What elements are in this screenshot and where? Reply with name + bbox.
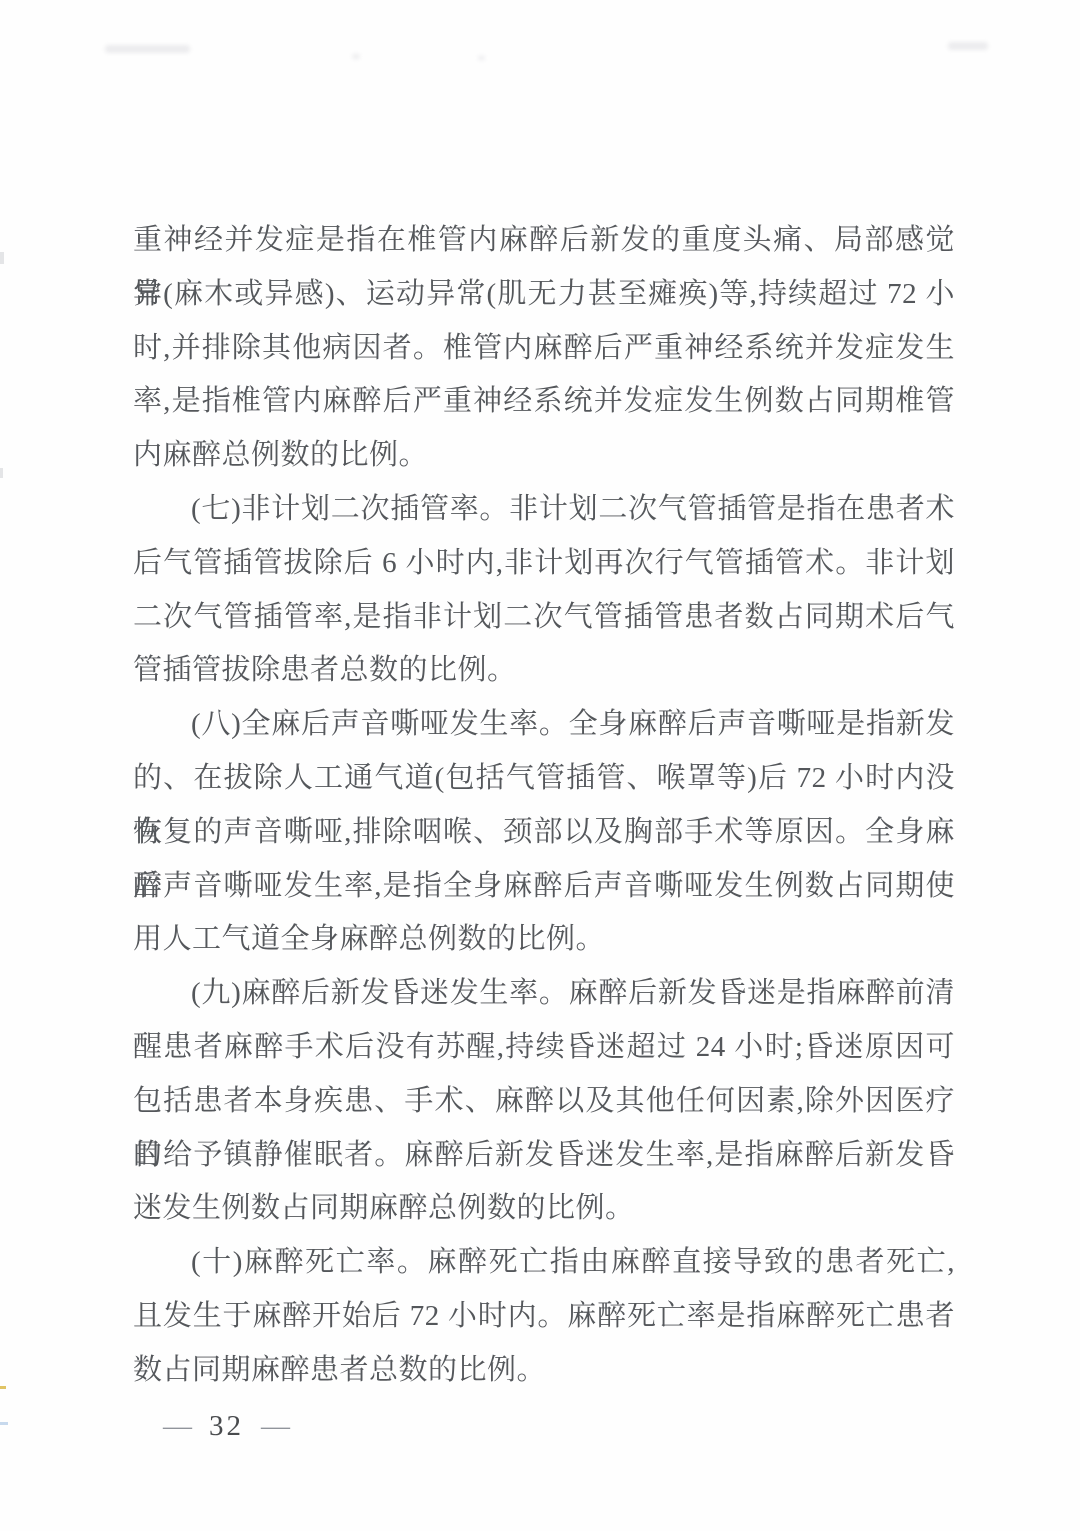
text-line: 内麻醉总例数的比例。 (133, 429, 955, 483)
text-line: 的给予镇静催眠者。麻醉后新发昏迷发生率,是指麻醉后新发昏 (133, 1129, 955, 1183)
document-page: 重神经并发症是指在椎管内麻醉后新发的重度头痛、局部感觉异 常(麻木或异感)、运动… (0, 0, 1080, 1531)
body-text: 重神经并发症是指在椎管内麻醉后新发的重度头痛、局部感觉异 常(麻木或异感)、运动… (133, 214, 955, 1398)
scan-artifact (352, 54, 360, 59)
footer-dash-left: — (163, 1410, 192, 1443)
page-number: — 32 — (163, 1404, 290, 1448)
scan-artifact (478, 56, 485, 60)
text-line: (七)非计划二次插管率。非计划二次气管插管是指在患者术 (133, 483, 955, 537)
text-line: 重神经并发症是指在椎管内麻醉后新发的重度头痛、局部感觉异 (133, 214, 955, 268)
paragraph-section-nine: (九)麻醉后新发昏迷发生率。麻醉后新发昏迷是指麻醉前清 醒患者麻醉手术后没有苏醒… (133, 967, 955, 1236)
paragraph-section-seven: (七)非计划二次插管率。非计划二次气管插管是指在患者术 后气管插管拔除后 6 小… (133, 483, 955, 698)
scan-artifact (105, 45, 190, 53)
scan-artifact (0, 468, 3, 478)
text-line: (十)麻醉死亡率。麻醉死亡指由麻醉直接导致的患者死亡, (133, 1236, 955, 1290)
scan-artifact (0, 1422, 8, 1425)
text-line: 恢复的声音嘶哑,排除咽喉、颈部以及胸部手术等原因。全身麻醉 (133, 806, 955, 860)
text-line: (九)麻醉后新发昏迷发生率。麻醉后新发昏迷是指麻醉前清 (133, 967, 955, 1021)
text-line: 醒患者麻醉手术后没有苏醒,持续昏迷超过 24 小时;昏迷原因可 (133, 1021, 955, 1075)
paragraph-section-eight: (八)全麻后声音嘶哑发生率。全身麻醉后声音嘶哑是指新发 的、在拔除人工通气道(包… (133, 698, 955, 967)
text-line: 时,并排除其他病因者。椎管内麻醉后严重神经系统并发症发生 (133, 322, 955, 376)
text-line: 后气管插管拔除后 6 小时内,非计划再次行气管插管术。非计划 (133, 537, 955, 591)
text-line: 率,是指椎管内麻醉后严重神经系统并发症发生例数占同期椎管 (133, 375, 955, 429)
text-line: 数占同期麻醉患者总数的比例。 (133, 1344, 955, 1398)
paragraph-section-ten: (十)麻醉死亡率。麻醉死亡指由麻醉直接导致的患者死亡, 且发生于麻醉开始后 72… (133, 1236, 955, 1397)
text-line: 包括患者本身疾患、手术、麻醉以及其他任何因素,除外因医疗目 (133, 1075, 955, 1129)
text-line: 用人工气道全身麻醉总例数的比例。 (133, 913, 955, 967)
footer-page-number: 32 (209, 1410, 244, 1443)
text-line: 且发生于麻醉开始后 72 小时内。麻醉死亡率是指麻醉死亡患者 (133, 1290, 955, 1344)
text-line: 后声音嘶哑发生率,是指全身麻醉后声音嘶哑发生例数占同期使 (133, 860, 955, 914)
text-line: 的、在拔除人工通气道(包括气管插管、喉罩等)后 72 小时内没有 (133, 752, 955, 806)
scan-artifact (0, 1386, 6, 1389)
scan-artifact (948, 42, 988, 50)
text-line: 常(麻木或异感)、运动异常(肌无力甚至瘫痪)等,持续超过 72 小 (133, 268, 955, 322)
text-line: (八)全麻后声音嘶哑发生率。全身麻醉后声音嘶哑是指新发 (133, 698, 955, 752)
footer-dash-right: — (261, 1410, 290, 1443)
scan-artifact (0, 252, 4, 264)
text-line: 二次气管插管率,是指非计划二次气管插管患者数占同期术后气 (133, 591, 955, 645)
text-line: 迷发生例数占同期麻醉总例数的比例。 (133, 1182, 955, 1236)
paragraph-continuation: 重神经并发症是指在椎管内麻醉后新发的重度头痛、局部感觉异 常(麻木或异感)、运动… (133, 214, 955, 483)
text-line: 管插管拔除患者总数的比例。 (133, 644, 955, 698)
